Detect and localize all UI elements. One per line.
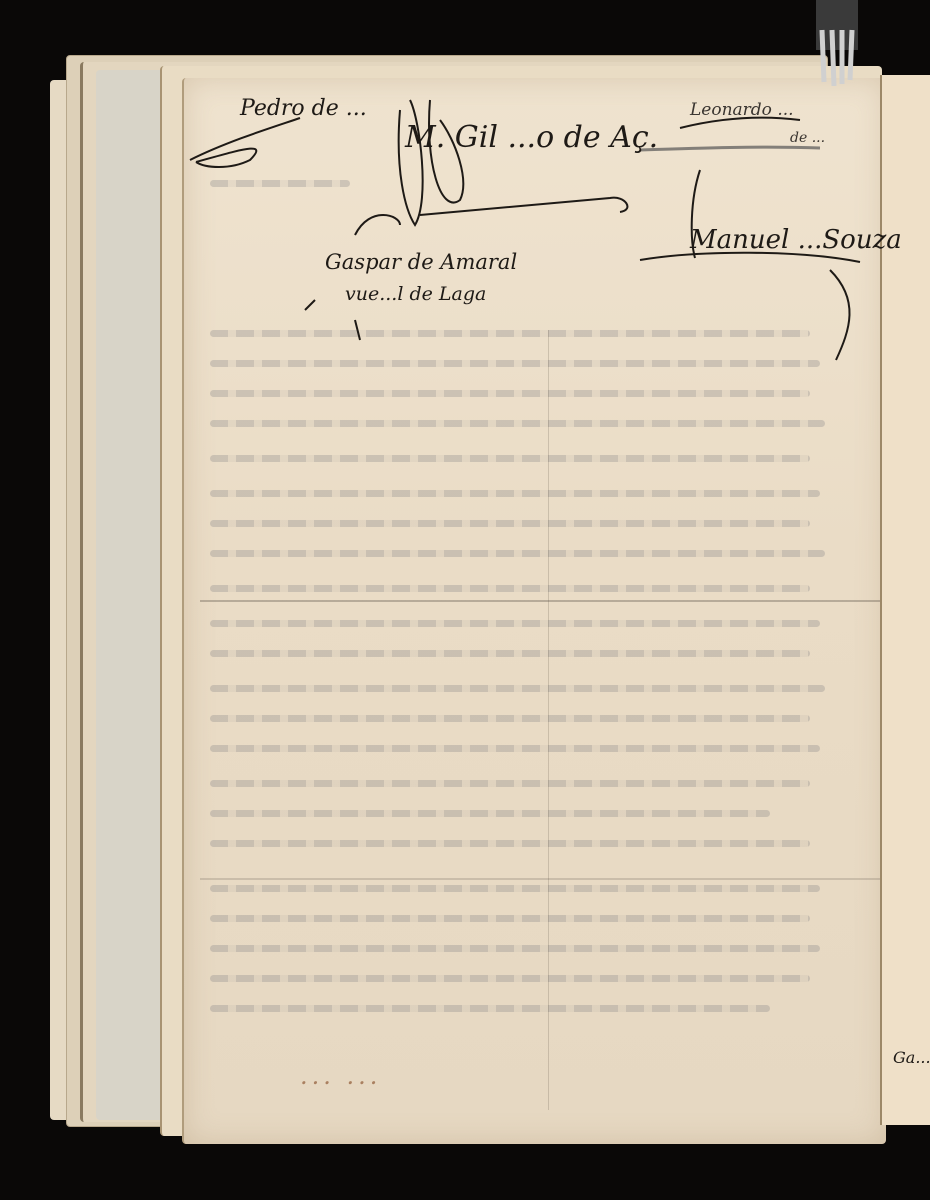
signature-top-right-line1: Leonardo ... <box>690 100 794 120</box>
signature-flourishes <box>0 0 930 1200</box>
signature-right-margin: Ga... <box>893 1048 930 1067</box>
signature-manuel: Manuel ...Souza <box>690 225 902 255</box>
signature-top-right-line2: de ... <box>790 130 825 146</box>
signature-top-left: Pedro de ... <box>240 96 367 121</box>
signature-bottom-faded: ... ... <box>300 1062 381 1090</box>
signature-gaspar-line2: vue...l de Laga <box>345 283 486 305</box>
signature-gaspar-line1: Gaspar de Amaral <box>325 250 517 274</box>
signature-center: M. Gil ...o de Aç. <box>405 120 658 155</box>
